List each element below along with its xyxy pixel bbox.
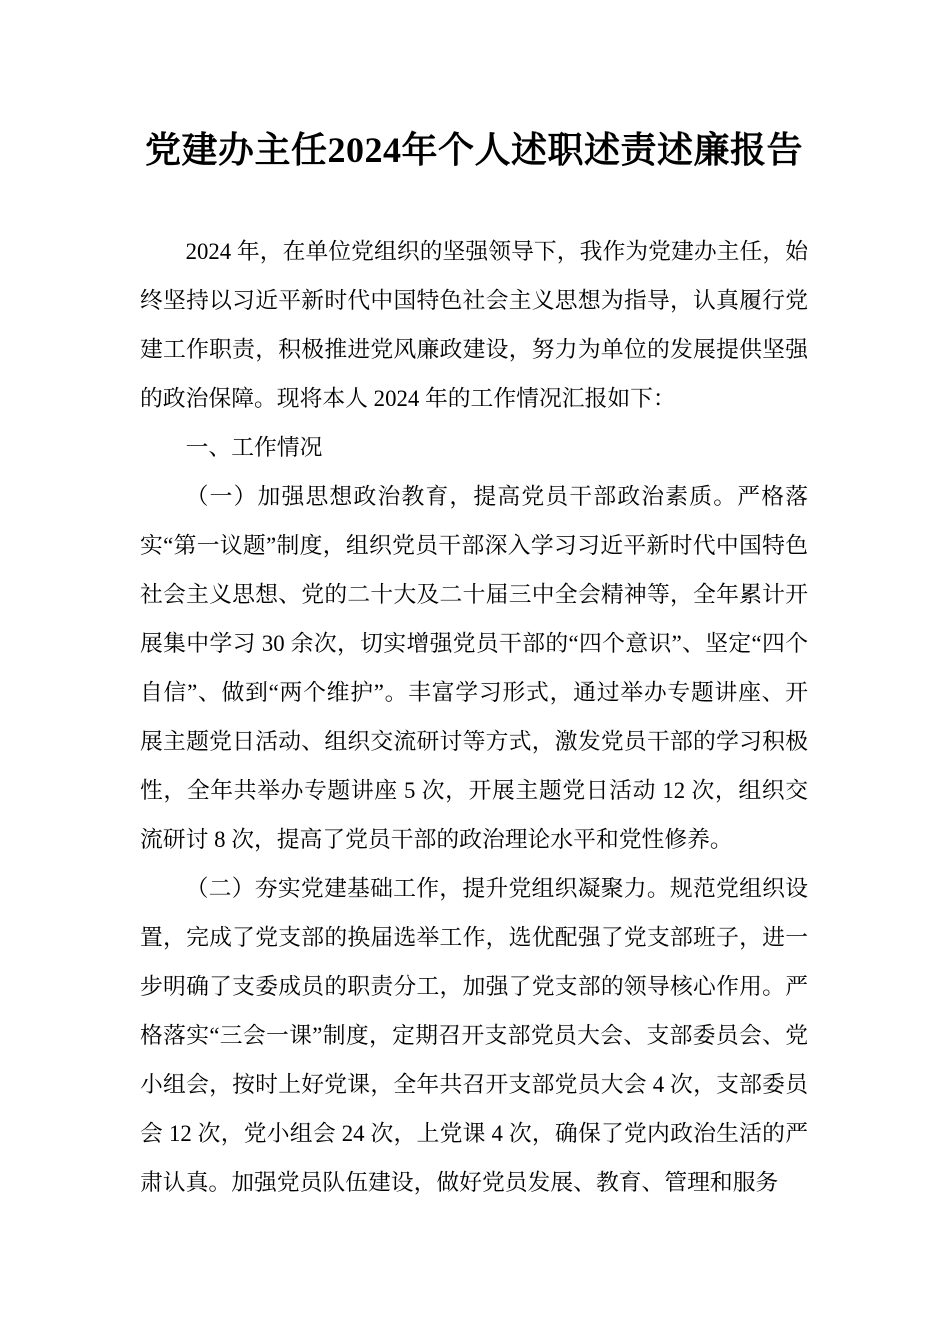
paragraph: （二）夯实党建基础工作，提升党组织凝聚力。规范党组织设置，完成了党支部的换届选举… bbox=[140, 864, 808, 1207]
paragraph: （一）加强思想政治教育，提高党员干部政治素质。严格落实“第一议题”制度，组织党员… bbox=[140, 472, 808, 864]
document-title: 党建办主任2024年个人述职述责述廉报告 bbox=[140, 126, 808, 174]
document-page: 党建办主任2024年个人述职述责述廉报告 2024 年，在单位党组织的坚强领导下… bbox=[0, 0, 950, 1344]
section-heading: 一、工作情况 bbox=[140, 423, 808, 472]
document-body: 2024 年，在单位党组织的坚强领导下，我作为党建办主任，始终坚持以习近平新时代… bbox=[140, 227, 808, 1207]
paragraph: 2024 年，在单位党组织的坚强领导下，我作为党建办主任，始终坚持以习近平新时代… bbox=[140, 227, 808, 423]
